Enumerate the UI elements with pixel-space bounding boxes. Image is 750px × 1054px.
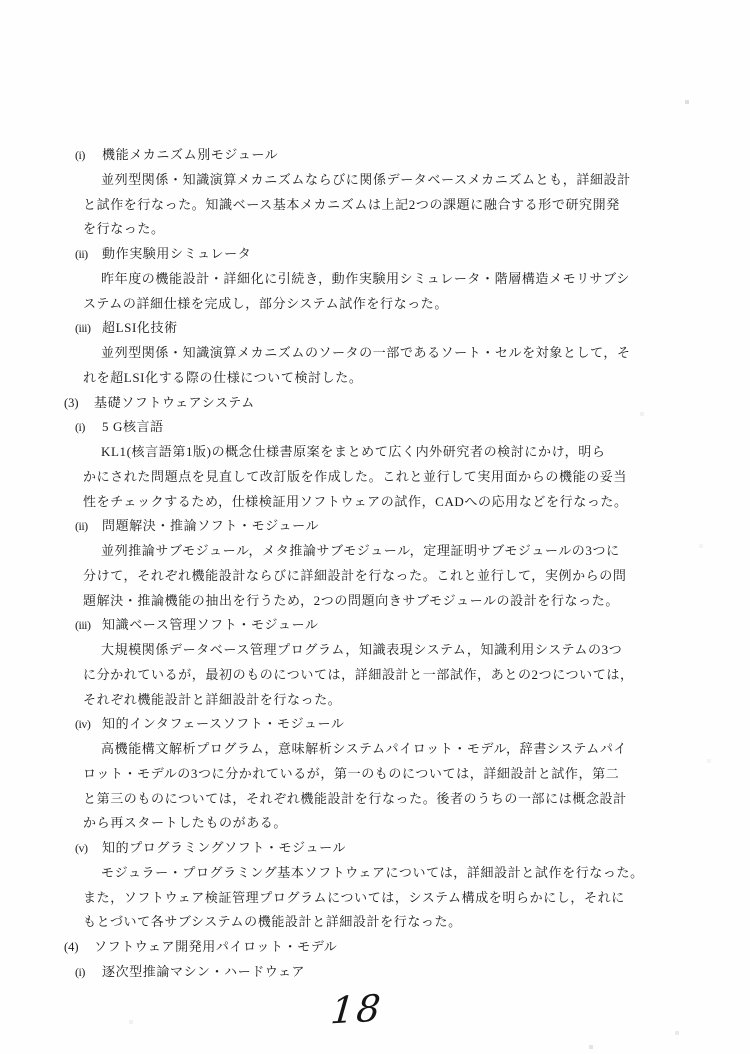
section-heading: (4)ソフトウェア開発用パイロット・モデル (64, 935, 694, 960)
section-title: ソフトウェア開発用パイロット・モデル (94, 939, 337, 954)
item-marker: (iii) (75, 613, 102, 638)
item-title: 知的プログラミングソフト・モジュール (102, 840, 346, 855)
body-line: 分けて，それぞれ機能設計ならびに詳細設計を行なった。これと並行して，実例からの問 (64, 564, 694, 589)
item-marker: (i) (75, 415, 102, 440)
body-line: それぞれ機能設計と詳細設計を行なった。 (64, 688, 694, 713)
item-title: 知的インタフェースソフト・モジュール (102, 716, 344, 731)
handwritten-page-number: 18 (329, 987, 384, 1033)
document-text: (i)機能メカニズム別モジュール 並列型関係・知識演算メカニズムならびに関係デー… (64, 143, 694, 985)
section-marker: (3) (64, 391, 94, 416)
scan-noise (0, 0, 2, 2)
body-line: と第三のものについては，それぞれ機能設計を行なった。後者のうちの一部には概念設計 (64, 787, 694, 812)
body-line: モジュラー・プログラミング基本ソフトウェアについては，詳細設計と試作を行なった。 (64, 861, 694, 886)
body-line: から再スタートしたものがある。 (64, 811, 694, 836)
item-title: 知識ベース管理ソフト・モジュール (102, 617, 318, 632)
body-line: かにされた問題点を見直して改訂版を作成した。これと並行して実用面からの機能の妥当 (64, 465, 694, 490)
item-marker: (iii) (75, 316, 102, 341)
item-heading: (ii)問題解決・推論ソフト・モジュール (64, 514, 694, 539)
item-title: 動作実験用シミュレータ (102, 246, 251, 261)
body-line: 大規模関係データベース管理プログラム，知識表現システム，知識利用システムの3つ (64, 638, 694, 663)
item-title: 逐次型推論マシン・ハードウェア (102, 964, 305, 979)
body-line: また，ソフトウェア検証管理プログラムについては，システム構成を明らかにし，それに (64, 886, 694, 911)
body-line: に分かれているが，最初のものについては，詳細設計と一部試作，あとの2つについては… (64, 663, 694, 688)
item-heading: (ii)動作実験用シミュレータ (64, 242, 694, 267)
body-line: れを超LSI化する際の仕様について検討した。 (64, 366, 694, 391)
section-heading: (3)基礎ソフトウェアシステム (64, 391, 694, 416)
item-heading: (i)5 G核言語 (64, 415, 694, 440)
body-line: を行なった。 (64, 217, 694, 242)
body-line: KL1(核言語第1版)の概念仕様書原案をまとめて広く内外研究者の検討にかけ，明ら (64, 440, 694, 465)
item-heading: (i)機能メカニズム別モジュール (64, 143, 694, 168)
body-line: ロット・モデルの3つに分かれているが，第一のものについては，詳細設計と試作，第二 (64, 762, 694, 787)
body-line: 昨年度の機能設計・詳細化に引続き，動作実験用シミュレータ・階層構造メモリサブシ (64, 267, 694, 292)
body-line: 並列推論サブモジュール，メタ推論サブモジュール，定理証明サブモジュールの3つに (64, 539, 694, 564)
item-marker: (i) (75, 960, 102, 985)
body-line: と試作を行なった。知識ベース基本メカニズムは上記2つの課題に融合する形で研究開発 (64, 193, 694, 218)
body-line: 性をチェックするため，仕様検証用ソフトウェアの試作，CADへの応用などを行なった… (64, 490, 694, 515)
body-line: 高機能構文解析プログラム，意味解析システムパイロット・モデル，辞書システムパイ (64, 737, 694, 762)
item-heading: (iii)知識ベース管理ソフト・モジュール (64, 613, 694, 638)
body-line: 題解決・推論機能の抽出を行うため，2つの問題向きサブモジュールの設計を行なった。 (64, 589, 694, 614)
item-heading: (iii)超LSI化技術 (64, 316, 694, 341)
item-heading: (i)逐次型推論マシン・ハードウェア (64, 960, 694, 985)
item-marker: (iv) (75, 712, 102, 737)
item-marker: (i) (75, 143, 102, 168)
item-title: 超LSI化技術 (102, 320, 178, 335)
item-heading: (iv)知的インタフェースソフト・モジュール (64, 712, 694, 737)
body-line: 並列型関係・知識演算メカニズムならびに関係データベースメカニズムとも，詳細設計 (64, 168, 694, 193)
item-marker: (ii) (75, 514, 102, 539)
item-title: 5 G核言語 (102, 419, 164, 434)
section-title: 基礎ソフトウェアシステム (94, 395, 255, 410)
body-line: ステムの詳細仕様を完成し，部分システム試作を行なった。 (64, 292, 694, 317)
item-marker: (ii) (75, 242, 102, 267)
body-line: 並列型関係・知識演算メカニズムのソータの一部であるソート・セルを対象として，そ (64, 341, 694, 366)
section-marker: (4) (64, 935, 94, 960)
item-heading: (v)知的プログラミングソフト・モジュール (64, 836, 694, 861)
item-title: 問題解決・推論ソフト・モジュール (102, 518, 319, 533)
item-marker: (v) (75, 836, 102, 861)
item-title: 機能メカニズム別モジュール (102, 147, 278, 162)
body-line: もとづいて各サブシステムの機能設計と詳細設計を行なった。 (64, 910, 694, 935)
document-page: (i)機能メカニズム別モジュール 並列型関係・知識演算メカニズムならびに関係デー… (0, 0, 750, 1054)
